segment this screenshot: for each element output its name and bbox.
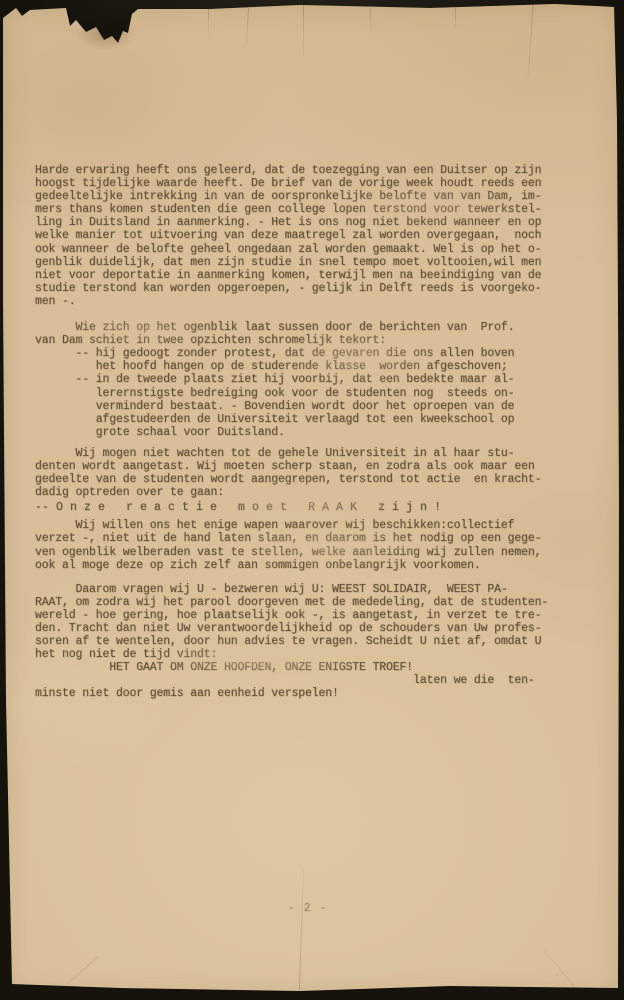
paragraph-1: Harde ervaring heeft ons geleerd, dat de… [35,164,595,308]
page-number: - 2 - [288,902,328,915]
paragraph-5: Daarom vragen wij U - bezweren wij U: WE… [35,583,595,688]
crease-line [208,8,209,34]
crease-line [543,950,577,990]
crease-line [59,956,98,992]
crease-line [246,8,249,46]
closing-line: minste niet door gemis aan eenheid versp… [35,687,595,700]
scan-photo-background: Harde ervaring heeft ons geleerd, dat de… [0,0,624,1000]
crease-line [370,8,372,32]
document-text: Harde ervaring heeft ons geleerd, dat de… [35,164,595,701]
paper-sheet: Harde ervaring heeft ons geleerd, dat de… [0,0,624,1000]
crease-line [303,5,304,57]
crease-line [299,868,304,990]
emphasis-line: -- O n z e r e a c t i e m o e t R A A K… [35,501,595,514]
crease-line [455,6,456,28]
paragraph-4: Wij willen ons het enige wapen waarover … [35,519,595,571]
crease-line [527,4,533,82]
paragraph-2: Wie zich op het ogenblik laat sussen doo… [35,321,595,439]
paragraph-3: Wij mogen niet wachten tot de gehele Uni… [35,447,595,499]
tear-shadow [62,6,148,52]
